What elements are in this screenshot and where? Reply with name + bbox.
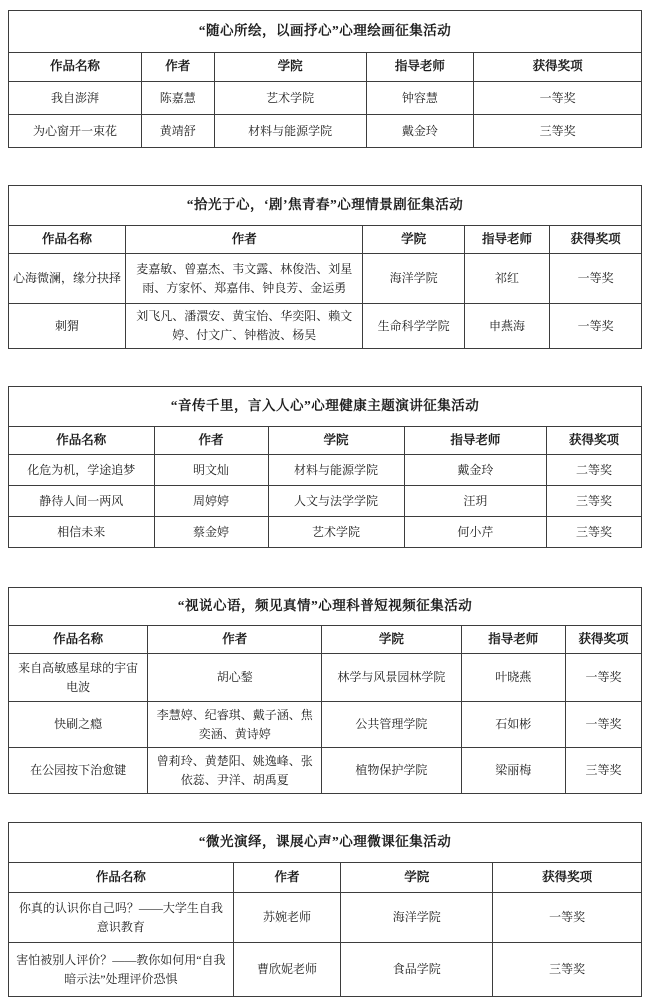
table-row: 来自高敏感星球的宇宙电波胡心鍫林学与风景园林学院叶晓燕一等奖 bbox=[9, 654, 642, 702]
column-header: 作品名称 bbox=[9, 427, 155, 455]
table-title: “拾光于心，‘剧’焦青春”心理情景剧征集活动 bbox=[9, 186, 642, 226]
table-cell: 一等奖 bbox=[493, 893, 642, 943]
table-cell: 蔡金婷 bbox=[154, 517, 268, 548]
table-cell: 林学与风景园林学院 bbox=[322, 654, 461, 702]
table-cell: 汪玥 bbox=[404, 486, 546, 517]
table-cell: 三等奖 bbox=[547, 486, 642, 517]
table-cell: 刺猬 bbox=[9, 304, 126, 349]
table-cell: 相信未来 bbox=[9, 517, 155, 548]
table-cell: 三等奖 bbox=[547, 517, 642, 548]
column-header: 指导老师 bbox=[461, 626, 565, 654]
column-header: 作品名称 bbox=[9, 626, 148, 654]
column-header: 学院 bbox=[268, 427, 404, 455]
table-cell: 海洋学院 bbox=[363, 254, 464, 304]
award-table: “拾光于心，‘剧’焦青春”心理情景剧征集活动作品名称作者学院指导老师获得奖项心海… bbox=[8, 185, 642, 349]
table-cell: 叶晓燕 bbox=[461, 654, 565, 702]
table-cell: 钟容慧 bbox=[366, 82, 474, 115]
table-row: 相信未来蔡金婷艺术学院何小芹三等奖 bbox=[9, 517, 642, 548]
table-cell: 生命科学学院 bbox=[363, 304, 464, 349]
column-header: 获得奖项 bbox=[474, 53, 642, 82]
table-cell: 刘飞凡、潘澴安、黄宝怡、华奕阳、赖文婷、付文广、钟楷波、杨昊 bbox=[126, 304, 363, 349]
table-row: 害怕被别人评价？——教你如何用“自我暗示法”处理评价恐惧曹欣妮老师食品学院三等奖 bbox=[9, 943, 642, 997]
table-title-row: “视说心语，频见真情”心理科普短视频征集活动 bbox=[9, 588, 642, 626]
table-cell: 梁丽梅 bbox=[461, 748, 565, 794]
column-header: 学院 bbox=[322, 626, 461, 654]
column-header: 获得奖项 bbox=[547, 427, 642, 455]
table-title: “音传千里，言入人心”心理健康主题演讲征集活动 bbox=[9, 387, 642, 427]
table-cell: 你真的认识你自己吗？——大学生自我意识教育 bbox=[9, 893, 234, 943]
table-cell: 三等奖 bbox=[566, 748, 642, 794]
table-row: 为心窗开一束花黄靖舒材料与能源学院戴金玲三等奖 bbox=[9, 115, 642, 148]
table-cell: 何小芹 bbox=[404, 517, 546, 548]
table-row: 快刷之瘾李慧婷、纪睿琪、戴子涵、焦奕涵、黄诗婷公共管理学院石如彬一等奖 bbox=[9, 702, 642, 748]
table-cell: 三等奖 bbox=[493, 943, 642, 997]
table-title-row: “微光演绎，课展心声”心理微课征集活动 bbox=[9, 823, 642, 863]
column-header: 获得奖项 bbox=[566, 626, 642, 654]
award-table: “随心所绘，以画抒心”心理绘画征集活动作品名称作者学院指导老师获得奖项我自澎湃陈… bbox=[8, 10, 642, 148]
table-cell: 材料与能源学院 bbox=[214, 115, 366, 148]
column-header: 获得奖项 bbox=[493, 863, 642, 893]
table-cell: 静待人间一两风 bbox=[9, 486, 155, 517]
column-header: 作者 bbox=[126, 226, 363, 254]
column-header: 作者 bbox=[148, 626, 322, 654]
column-header: 获得奖项 bbox=[550, 226, 642, 254]
column-header: 学院 bbox=[363, 226, 464, 254]
table-cell: 来自高敏感星球的宇宙电波 bbox=[9, 654, 148, 702]
column-header: 作品名称 bbox=[9, 226, 126, 254]
table-title: “微光演绎，课展心声”心理微课征集活动 bbox=[9, 823, 642, 863]
table-row: 刺猬刘飞凡、潘澴安、黄宝怡、华奕阳、赖文婷、付文广、钟楷波、杨昊生命科学学院申燕… bbox=[9, 304, 642, 349]
table-header-row: 作品名称作者学院指导老师获得奖项 bbox=[9, 626, 642, 654]
table-cell: 祁红 bbox=[464, 254, 549, 304]
table-cell: 一等奖 bbox=[566, 702, 642, 748]
column-header: 作品名称 bbox=[9, 863, 234, 893]
table-cell: 我自澎湃 bbox=[9, 82, 142, 115]
column-header: 指导老师 bbox=[464, 226, 549, 254]
table-cell: 三等奖 bbox=[474, 115, 642, 148]
award-tables-document: “随心所绘，以画抒心”心理绘画征集活动作品名称作者学院指导老师获得奖项我自澎湃陈… bbox=[0, 0, 649, 997]
table-cell: 海洋学院 bbox=[341, 893, 493, 943]
column-header: 作者 bbox=[141, 53, 214, 82]
table-header-row: 作品名称作者学院指导老师获得奖项 bbox=[9, 53, 642, 82]
column-header: 指导老师 bbox=[404, 427, 546, 455]
table-cell: 申燕海 bbox=[464, 304, 549, 349]
table-cell: 一等奖 bbox=[550, 304, 642, 349]
column-header: 作者 bbox=[154, 427, 268, 455]
table-cell: 黄靖舒 bbox=[141, 115, 214, 148]
column-header: 指导老师 bbox=[366, 53, 474, 82]
table-cell: 艺术学院 bbox=[268, 517, 404, 548]
table-title: “随心所绘，以画抒心”心理绘画征集活动 bbox=[9, 11, 642, 53]
table-header-row: 作品名称作者学院获得奖项 bbox=[9, 863, 642, 893]
table-cell: 胡心鍫 bbox=[148, 654, 322, 702]
table-title-row: “随心所绘，以画抒心”心理绘画征集活动 bbox=[9, 11, 642, 53]
table-row: 化危为机，学途追梦明文灿材料与能源学院戴金玲二等奖 bbox=[9, 455, 642, 486]
table-title-row: “音传千里，言入人心”心理健康主题演讲征集活动 bbox=[9, 387, 642, 427]
table-cell: 在公园按下治愈键 bbox=[9, 748, 148, 794]
award-table: “音传千里，言入人心”心理健康主题演讲征集活动作品名称作者学院指导老师获得奖项化… bbox=[8, 386, 642, 548]
table-cell: 陈嘉慧 bbox=[141, 82, 214, 115]
column-header: 学院 bbox=[214, 53, 366, 82]
table-cell: 快刷之瘾 bbox=[9, 702, 148, 748]
table-cell: 戴金玲 bbox=[366, 115, 474, 148]
column-header: 学院 bbox=[341, 863, 493, 893]
table-header-row: 作品名称作者学院指导老师获得奖项 bbox=[9, 226, 642, 254]
table-cell: 李慧婷、纪睿琪、戴子涵、焦奕涵、黄诗婷 bbox=[148, 702, 322, 748]
column-header: 作者 bbox=[233, 863, 341, 893]
table-cell: 一等奖 bbox=[474, 82, 642, 115]
table-cell: 麦嘉敏、曾嘉杰、韦文露、林俊浩、刘星雨、方家怀、郑嘉伟、钟良芳、金运勇 bbox=[126, 254, 363, 304]
table-cell: 明文灿 bbox=[154, 455, 268, 486]
award-table: “视说心语，频见真情”心理科普短视频征集活动作品名称作者学院指导老师获得奖项来自… bbox=[8, 587, 642, 794]
table-cell: 害怕被别人评价？——教你如何用“自我暗示法”处理评价恐惧 bbox=[9, 943, 234, 997]
table-row: 心海微澜，缘分抉择麦嘉敏、曾嘉杰、韦文露、林俊浩、刘星雨、方家怀、郑嘉伟、钟良芳… bbox=[9, 254, 642, 304]
table-row: 你真的认识你自己吗？——大学生自我意识教育苏婉老师海洋学院一等奖 bbox=[9, 893, 642, 943]
table-cell: 曾莉玲、黄楚阳、姚逸峰、张依蕊、尹洋、胡禹夏 bbox=[148, 748, 322, 794]
table-cell: 化危为机，学途追梦 bbox=[9, 455, 155, 486]
table-header-row: 作品名称作者学院指导老师获得奖项 bbox=[9, 427, 642, 455]
table-cell: 一等奖 bbox=[550, 254, 642, 304]
table-cell: 材料与能源学院 bbox=[268, 455, 404, 486]
table-title-row: “拾光于心，‘剧’焦青春”心理情景剧征集活动 bbox=[9, 186, 642, 226]
table-title: “视说心语，频见真情”心理科普短视频征集活动 bbox=[9, 588, 642, 626]
table-cell: 曹欣妮老师 bbox=[233, 943, 341, 997]
award-table: “微光演绎，课展心声”心理微课征集活动作品名称作者学院获得奖项你真的认识你自己吗… bbox=[8, 822, 642, 997]
table-cell: 心海微澜，缘分抉择 bbox=[9, 254, 126, 304]
table-row: 在公园按下治愈键曾莉玲、黄楚阳、姚逸峰、张依蕊、尹洋、胡禹夏植物保护学院梁丽梅三… bbox=[9, 748, 642, 794]
table-cell: 戴金玲 bbox=[404, 455, 546, 486]
column-header: 作品名称 bbox=[9, 53, 142, 82]
table-cell: 周婷婷 bbox=[154, 486, 268, 517]
table-cell: 一等奖 bbox=[566, 654, 642, 702]
table-cell: 艺术学院 bbox=[214, 82, 366, 115]
table-cell: 为心窗开一束花 bbox=[9, 115, 142, 148]
table-cell: 人文与法学学院 bbox=[268, 486, 404, 517]
table-cell: 植物保护学院 bbox=[322, 748, 461, 794]
table-row: 静待人间一两风周婷婷人文与法学学院汪玥三等奖 bbox=[9, 486, 642, 517]
table-row: 我自澎湃陈嘉慧艺术学院钟容慧一等奖 bbox=[9, 82, 642, 115]
table-cell: 苏婉老师 bbox=[233, 893, 341, 943]
table-cell: 食品学院 bbox=[341, 943, 493, 997]
table-cell: 二等奖 bbox=[547, 455, 642, 486]
table-cell: 公共管理学院 bbox=[322, 702, 461, 748]
table-cell: 石如彬 bbox=[461, 702, 565, 748]
